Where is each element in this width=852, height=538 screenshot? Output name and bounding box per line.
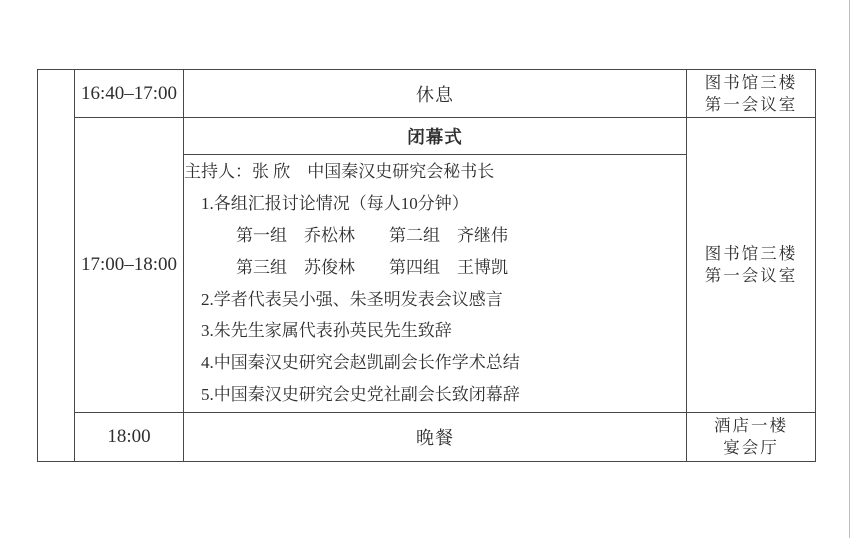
activity-cell-dinner: 晚餐: [184, 413, 687, 462]
agenda-line-item5: 5.中国秦汉史研究会史党社副会长致闭幕辞: [184, 379, 686, 411]
agenda-line-item4: 4.中国秦汉史研究会赵凯副会长作学术总结: [184, 347, 686, 379]
location-line: 图书馆三楼: [687, 72, 815, 94]
location-cell-closing: 图书馆三楼 第一会议室: [687, 118, 816, 413]
location-line: 图书馆三楼: [687, 243, 815, 265]
table-row-break: 16:40–17:00 休息 图书馆三楼 第一会议室: [38, 70, 816, 118]
location-line: 第一会议室: [687, 94, 815, 116]
table-row-closing-title: 17:00–18:00 闭幕式 图书馆三楼 第一会议室: [38, 118, 816, 155]
time-cell-break: 16:40–17:00: [75, 70, 184, 118]
gutter-cell: [38, 70, 75, 462]
closing-agenda-cell: 主持人：张 欣 中国秦汉史研究会秘书长 1.各组汇报讨论情况（每人10分钟） 第…: [184, 155, 687, 413]
agenda-line-item1: 1.各组汇报讨论情况（每人10分钟）: [184, 188, 686, 220]
activity-cell-break: 休息: [184, 70, 687, 118]
agenda-line-groups-1-2: 第一组 乔松林 第二组 齐继伟: [184, 220, 686, 252]
agenda-line-item3: 3.朱先生家属代表孙英民先生致辞: [184, 315, 686, 347]
agenda-line-groups-3-4: 第三组 苏俊林 第四组 王博凯: [184, 252, 686, 284]
location-line: 酒店一楼: [687, 415, 815, 437]
location-line: 宴会厅: [687, 437, 815, 459]
agenda-line-item2: 2.学者代表吴小强、朱圣明发表会议感言: [184, 284, 686, 316]
time-cell-dinner: 18:00: [75, 413, 184, 462]
table-row-dinner: 18:00 晚餐 酒店一楼 宴会厅: [38, 413, 816, 462]
agenda-line-host: 主持人：张 欣 中国秦汉史研究会秘书长: [184, 156, 686, 188]
document-page: 16:40–17:00 休息 图书馆三楼 第一会议室 17:00–18:00 闭…: [0, 0, 852, 538]
closing-ceremony-title: 闭幕式: [184, 118, 687, 155]
program-schedule-table: 16:40–17:00 休息 图书馆三楼 第一会议室 17:00–18:00 闭…: [37, 69, 816, 462]
time-cell-closing: 17:00–18:00: [75, 118, 184, 413]
location-line: 第一会议室: [687, 265, 815, 287]
location-cell-break: 图书馆三楼 第一会议室: [687, 70, 816, 118]
location-cell-dinner: 酒店一楼 宴会厅: [687, 413, 816, 462]
page-edge-line: [849, 0, 850, 538]
